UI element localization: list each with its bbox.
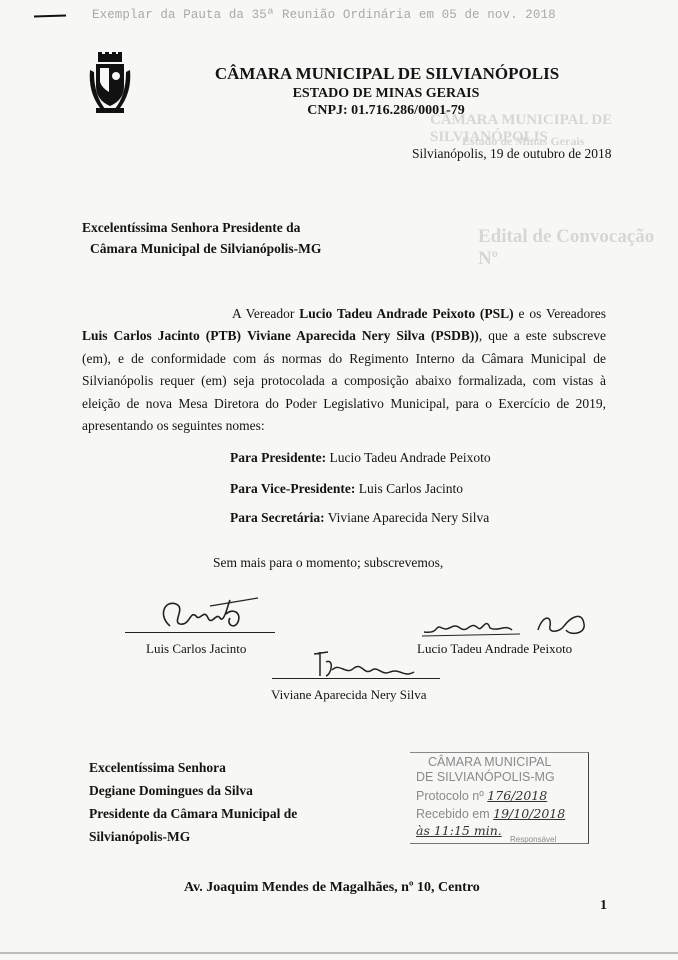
councillor-name: Lucio Tadeu Andrade Peixoto (PSL) [299, 306, 513, 321]
role-secretary: Para Secretária: Viviane Aparecida Nery … [230, 510, 489, 526]
show-through-text: Edital de Convocação Nº [478, 226, 678, 270]
closing-line: Sem mais para o momento; subscrevemos, [213, 555, 443, 571]
signature-lucio-tadeu-andrade-peixoto [420, 606, 590, 640]
stamp-time: às 11:15 min. [416, 823, 502, 838]
page-edge [0, 952, 678, 954]
stamp-protocol: Protocolo nº 176/2018 [416, 788, 547, 803]
body-text: e os Vereadores [514, 306, 606, 321]
date-line: Silvianópolis, 19 de outubro de 2018 [412, 146, 612, 162]
role-vice-president: Para Vice-Presidente: Luis Carlos Jacint… [230, 481, 463, 497]
protocol-stamp: CÂMARA MUNICIPAL DE SILVIANÓPOLIS-MG Pro… [410, 752, 589, 844]
signature-line [125, 632, 275, 633]
letterhead-cnpj: CNPJ: 01.716.286/0001-79 [0, 103, 678, 119]
addressee-line: Presidente da Câmara Municipal de [89, 806, 297, 822]
header-note: Exemplar da Pauta da 35ª Reunião Ordinár… [92, 8, 556, 22]
letterhead-state: ESTADO DE MINAS GERAIS [0, 86, 678, 102]
page-number: 1 [600, 898, 607, 914]
signature-viviane-aparecida-nery-silva [310, 648, 430, 682]
stamp-line: DE SILVIANÓPOLIS-MG [416, 770, 555, 784]
councillor-name: Viviane Aparecida Nery Silva (PSDB)) [247, 328, 479, 343]
councillor-name: Luis Carlos Jacinto (PTB) [82, 328, 241, 343]
footer-address: Av. Joaquim Mendes de Magalhães, nº 10, … [184, 880, 480, 896]
addressee-line: Excelentíssima Senhora [89, 760, 226, 776]
body-text: A Vereador [232, 306, 299, 321]
stamp-line: CÂMARA MUNICIPAL [428, 755, 551, 769]
body-paragraph: A Vereador Lucio Tadeu Andrade Peixoto (… [82, 303, 606, 437]
stamp-received: Recebido em 19/10/2018 [416, 806, 565, 821]
margin-mark [34, 14, 66, 17]
signature-line [272, 678, 440, 679]
body-text: , que a este subscreve (em), e de confor… [82, 328, 606, 433]
addressee-line: Degiane Domingues da Silva [89, 783, 253, 799]
addressee-line: Câmara Municipal de Silvianópolis-MG [90, 241, 321, 257]
addressee-line: Silvianópolis-MG [89, 829, 190, 845]
stamp-footer: Responsável [510, 835, 556, 844]
addressee-line: Excelentíssima Senhora Presidente da [82, 220, 300, 236]
role-president: Para Presidente: Lucio Tadeu Andrade Pei… [230, 450, 491, 466]
signature-luis-carlos-jacinto [150, 596, 260, 636]
signer-name: Viviane Aparecida Nery Silva [271, 687, 427, 703]
signer-name: Lucio Tadeu Andrade Peixoto [417, 641, 572, 657]
letterhead-title: CÂMARA MUNICIPAL DE SILVIANÓPOLIS [0, 64, 678, 84]
signer-name: Luis Carlos Jacinto [146, 641, 246, 657]
